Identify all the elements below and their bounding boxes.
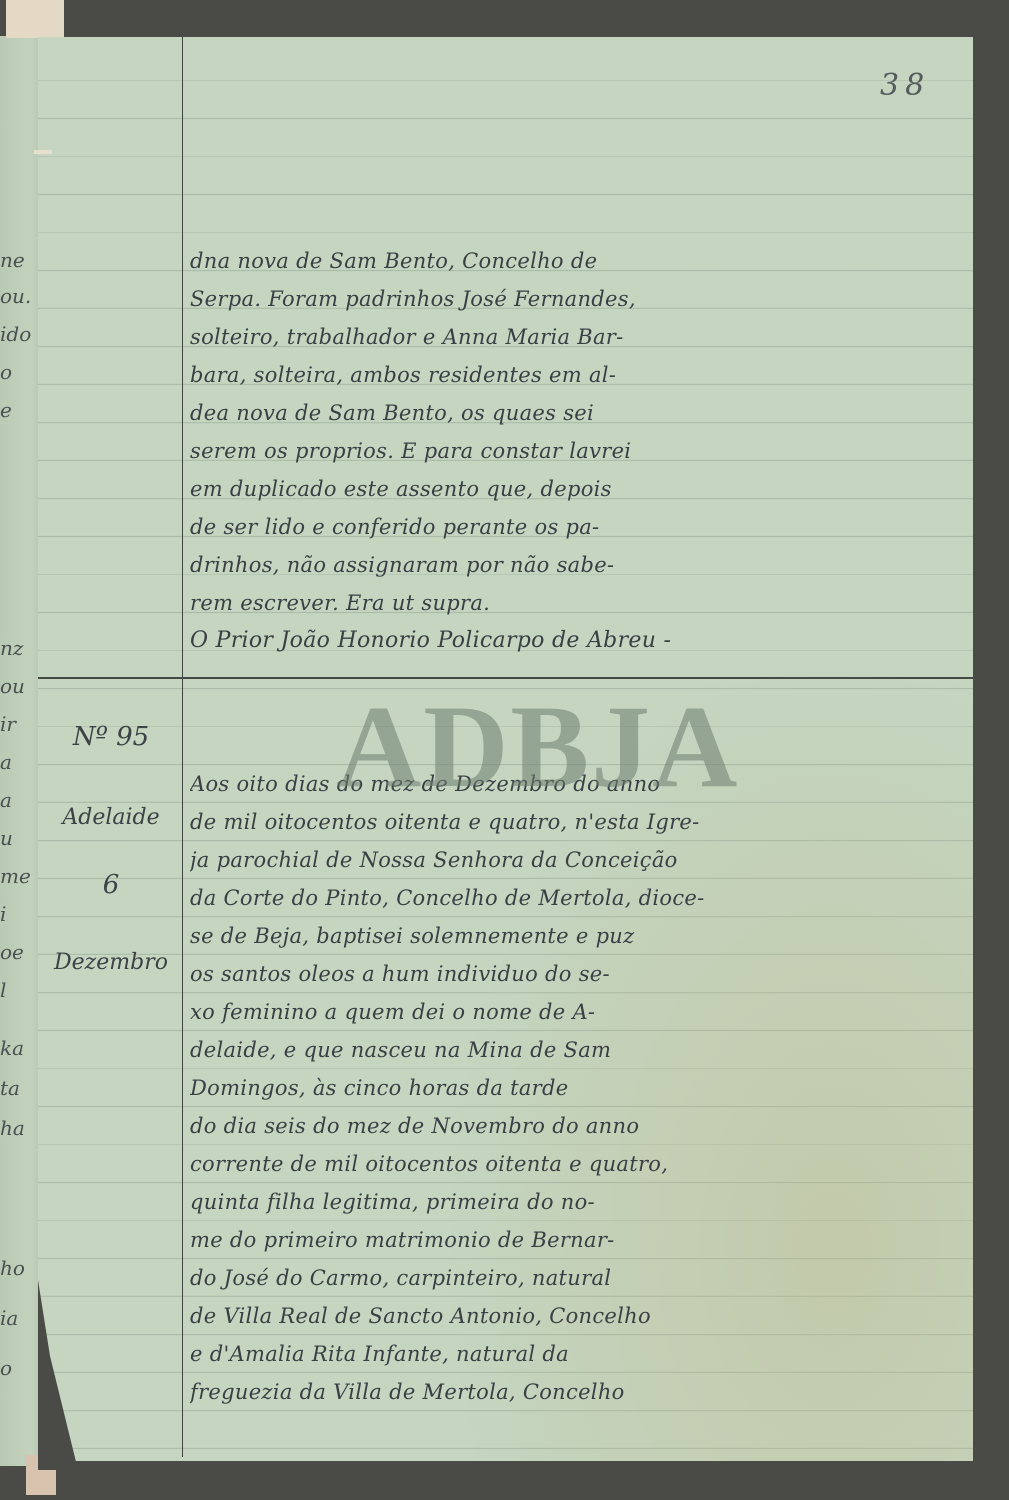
text-line: de ser lido e conferido perante os pa- bbox=[190, 508, 970, 546]
entry-month: Dezembro bbox=[40, 950, 182, 975]
entry-separator-rule bbox=[38, 677, 973, 679]
fragment-text: ta bbox=[0, 1076, 20, 1100]
fragment-text: o bbox=[0, 360, 12, 384]
text-line: bara, solteira, ambos residentes em al- bbox=[190, 356, 970, 394]
fragment-text: ho bbox=[0, 1256, 25, 1280]
text-line: do José do Carmo, carpinteiro, natural bbox=[190, 1259, 970, 1297]
text-line: corrente de mil oitocentos oitenta e qua… bbox=[190, 1145, 970, 1183]
text-line: ja parochial de Nossa Senhora da Conceiç… bbox=[190, 841, 970, 879]
entry-day: 6 bbox=[40, 870, 182, 900]
fragment-text: ou bbox=[0, 674, 25, 698]
fragment-text: nz bbox=[0, 636, 23, 660]
fragment-text: o bbox=[0, 1356, 12, 1380]
fragment-text: a bbox=[0, 788, 12, 812]
fragment-text: ou. bbox=[0, 284, 31, 308]
text-line: se de Beja, baptisei solemnemente e puz bbox=[190, 917, 970, 955]
text-line: em duplicado este assento que, depois bbox=[190, 470, 970, 508]
fragment-text: l bbox=[0, 978, 6, 1002]
fragment-text: u bbox=[0, 826, 13, 850]
text-line: solteiro, trabalhador e Anna Maria Bar- bbox=[190, 318, 970, 356]
text-line: Serpa. Foram padrinhos José Fernandes, bbox=[190, 280, 970, 318]
fragment-text: ia bbox=[0, 1306, 18, 1330]
archive-watermark: ADBJA bbox=[336, 688, 739, 806]
text-line: dea nova de Sam Bento, os quaes sei bbox=[190, 394, 970, 432]
text-line: quinta filha legitima, primeira do no- bbox=[190, 1183, 970, 1221]
text-line: serem os proprios. E para constar lavrei bbox=[190, 432, 970, 470]
text-line: Domingos, às cinco horas da tarde bbox=[190, 1069, 970, 1107]
text-line: freguezia da Villa de Mertola, Concelho bbox=[190, 1373, 970, 1411]
text-line: e d'Amalia Rita Infante, natural da bbox=[190, 1335, 970, 1373]
fragment-text: i bbox=[0, 902, 6, 926]
binding-paper-strip bbox=[6, 0, 64, 38]
text-line: drinhos, não assignaram por não sabe- bbox=[190, 546, 970, 584]
binding-thread bbox=[34, 150, 52, 154]
page-number: 38 bbox=[880, 68, 930, 103]
fragment-text: ne bbox=[0, 248, 25, 272]
text-line: dna nova de Sam Bento, Concelho de bbox=[190, 242, 970, 280]
fragment-text: ha bbox=[0, 1116, 25, 1140]
fragment-text: me bbox=[0, 864, 31, 888]
text-line: rem escrever. Era ut supra. bbox=[190, 584, 970, 622]
entry-number: Nº 95 bbox=[40, 722, 182, 752]
fragment-text: ido bbox=[0, 322, 31, 346]
text-line: delaide, e que nasceu na Mina de Sam bbox=[190, 1031, 970, 1069]
margin-rule bbox=[182, 37, 183, 1457]
fragment-text: ir bbox=[0, 712, 16, 736]
entry-continued-text: dna nova de Sam Bento, Concelho de Serpa… bbox=[190, 242, 970, 660]
baptized-name: Adelaide bbox=[40, 805, 182, 830]
fragment-text: oe bbox=[0, 940, 24, 964]
text-line: me do primeiro matrimonio de Bernar- bbox=[190, 1221, 970, 1259]
priest-signature: O Prior João Honorio Policarpo de Abreu … bbox=[190, 622, 970, 660]
text-line: de Villa Real de Sancto Antonio, Concelh… bbox=[190, 1297, 970, 1335]
entry-new-text: Aos oito dias do mez de Dezembro do anno… bbox=[190, 765, 970, 1411]
text-line: os santos oleos a hum individuo do se- bbox=[190, 955, 970, 993]
text-line: do dia seis do mez de Novembro do anno bbox=[190, 1107, 970, 1145]
text-line: da Corte do Pinto, Concelho de Mertola, … bbox=[190, 879, 970, 917]
fragment-text: e bbox=[0, 398, 12, 422]
fragment-text: ka bbox=[0, 1036, 24, 1060]
fragment-text: a bbox=[0, 750, 12, 774]
text-line: xo feminino a quem dei o nome de A- bbox=[190, 993, 970, 1031]
